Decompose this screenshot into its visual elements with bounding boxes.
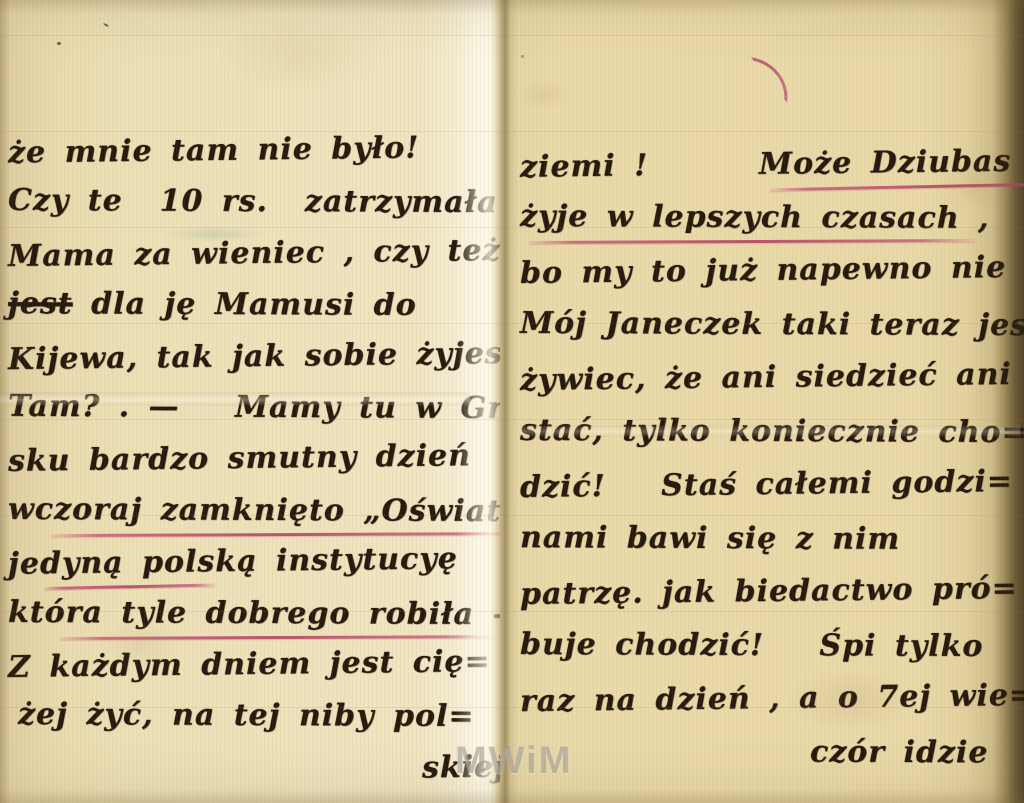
page-right: ziemi ! Może Dziubas będzieżyje w lepszy… bbox=[500, 0, 1024, 803]
handwriting-line: że mnie tam nie było! bbox=[8, 128, 420, 173]
ink-speck bbox=[57, 42, 61, 45]
line-text: Mama za wieniec , czy też bbox=[8, 233, 501, 274]
handwriting-line: Mój Janeczek taki teraz jest bbox=[520, 304, 1024, 346]
letter-scan: że mnie tam nie było!Czy te 10 rs. zatrz… bbox=[0, 0, 1024, 803]
line-text: ziemi ! Może Dziubas będzie bbox=[520, 142, 1024, 185]
line-text: dzić! Staś całemi godzi= bbox=[520, 464, 1013, 505]
handwriting-line: ziemi ! Może Dziubas będzie bbox=[520, 140, 1024, 188]
pink-underline bbox=[44, 583, 215, 590]
line-text: patrzę. jak biedactwo pró= bbox=[520, 571, 1018, 612]
handwriting-line: Czy te 10 rs. zatrzymała bbox=[8, 181, 498, 223]
handwriting-line: jest dla ję Mamusi do bbox=[8, 284, 417, 326]
pink-underline bbox=[770, 181, 1024, 192]
handwriting-line: Z każdym dniem jest cię= bbox=[8, 642, 491, 688]
line-text: Kijewa, tak jak sobie żyjesz bbox=[8, 336, 521, 377]
line-text: raz na dzień , a o 7ej wie= bbox=[520, 678, 1024, 719]
handwriting-line: jedyną polską instytucyę bbox=[8, 539, 458, 584]
pink-underline bbox=[50, 532, 528, 537]
handwriting-line: Tam? . — Mamy tu w Gru= bbox=[8, 387, 553, 429]
handwriting-line: Kijewa, tak jak sobie żyjesz bbox=[8, 334, 521, 380]
handwriting-line: wczoraj zamknięto „Oświatę” bbox=[8, 490, 540, 532]
line-text: sku bardzo smutny dzień bbox=[8, 438, 471, 479]
handwriting-line: skiej bbox=[422, 747, 506, 788]
page-left: że mnie tam nie było!Czy te 10 rs. zatrz… bbox=[0, 0, 500, 803]
pink-underline bbox=[59, 635, 492, 640]
line-text: Mój Janeczek taki teraz jest bbox=[520, 306, 1024, 343]
handwriting-line: czór idzie bbox=[809, 733, 988, 774]
handwriting-line: bo my to już napewno nie bbox=[520, 248, 1007, 294]
struck-word: jest bbox=[8, 286, 73, 321]
handwriting-line: buje chodzić! Śpi tylko bbox=[520, 625, 984, 667]
line-text: dla ję Mamusi do bbox=[73, 286, 417, 323]
line-text: Czy te 10 rs. zatrzymała bbox=[8, 183, 498, 220]
line-text: Tam? . — Mamy tu w Gru= bbox=[8, 389, 553, 426]
line-text: że mnie tam nie było! bbox=[8, 130, 420, 170]
handwriting-line: raz na dzień , a o 7ej wie= bbox=[520, 676, 1024, 722]
ink-speck bbox=[521, 55, 524, 58]
handwriting-line: stać, tylko koniecznie cho= bbox=[520, 411, 1024, 453]
handwriting-line: która tyle dobrego robiła — bbox=[8, 593, 524, 635]
handwriting-line: sku bardzo smutny dzień bbox=[8, 436, 471, 482]
line-text: bo my to już napewno nie bbox=[520, 250, 1007, 291]
handwriting-line: żej żyć, na tej niby pol= bbox=[18, 695, 475, 737]
handwriting-line: Mama za wieniec , czy też bbox=[8, 231, 501, 277]
handwriting-line: żywiec, że ani siedzieć ani bbox=[520, 355, 1012, 401]
line-text: czór idzie bbox=[809, 735, 988, 771]
handwriting-line: nami bawi się z nim bbox=[520, 518, 900, 560]
handwriting-line: żyje w lepszych czasach , bbox=[520, 197, 990, 239]
line-text: skiej bbox=[422, 749, 506, 785]
line-text: Z każdym dniem jest cię= bbox=[8, 644, 491, 685]
pink-underline bbox=[529, 239, 975, 244]
line-text: wczoraj zamknięto „Oświatę” bbox=[8, 492, 540, 529]
line-text: która tyle dobrego robiła — bbox=[8, 595, 524, 632]
line-text: żyje w lepszych czasach , bbox=[520, 199, 990, 236]
handwriting-line: patrzę. jak biedactwo pró= bbox=[520, 569, 1018, 615]
page-left-lines: że mnie tam nie było!Czy te 10 rs. zatrz… bbox=[0, 0, 500, 803]
line-text: żywiec, że ani siedzieć ani bbox=[520, 357, 1012, 398]
handwriting-line: dzić! Staś całemi godzi= bbox=[520, 462, 1013, 508]
line-text: żej żyć, na tej niby pol= bbox=[18, 697, 475, 734]
page-right-lines: ziemi ! Może Dziubas będzieżyje w lepszy… bbox=[500, 0, 1024, 803]
line-text: buje chodzić! Śpi tylko bbox=[520, 627, 984, 664]
line-text: nami bawi się z nim bbox=[520, 520, 900, 557]
line-text: stać, tylko koniecznie cho= bbox=[520, 413, 1024, 450]
line-text: jedyną polską instytucyę bbox=[8, 541, 458, 581]
